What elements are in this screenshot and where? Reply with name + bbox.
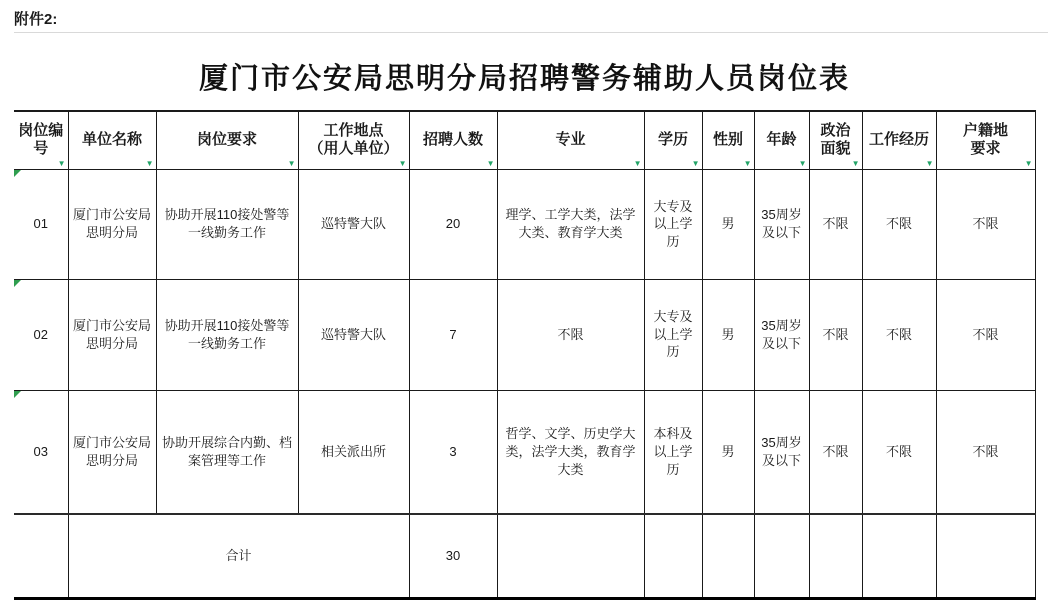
cell-gender: 男 bbox=[702, 169, 754, 279]
cell-residence-requirement: 不限 bbox=[936, 169, 1035, 279]
cell-age: 35周岁及以下 bbox=[754, 279, 809, 390]
header-label: 政治 面貌 bbox=[820, 122, 850, 160]
error-indicator-icon bbox=[14, 170, 21, 177]
cell-headcount: 3 bbox=[409, 390, 497, 514]
cell-headcount: 20 bbox=[409, 169, 497, 279]
table-row: 01 厦门市公安局思明分局 协助开展110接处警等一线勤务工作 巡特警大队 20… bbox=[14, 169, 1035, 279]
cell-work-location: 巡特警大队 bbox=[298, 169, 409, 279]
error-indicator-icon bbox=[14, 391, 21, 398]
cell-residence-requirement: 不限 bbox=[936, 279, 1035, 390]
filter-dropdown-icon[interactable]: ▼ bbox=[58, 160, 66, 168]
col-header-work-location: 工作地点 （用人单位）▼ bbox=[298, 111, 409, 169]
total-label-cell: 合计 bbox=[68, 514, 409, 598]
cell-work-location: 相关派出所 bbox=[298, 390, 409, 514]
cell-value: 02 bbox=[34, 327, 48, 342]
filter-dropdown-icon[interactable]: ▼ bbox=[799, 160, 807, 168]
cell-gender: 男 bbox=[702, 279, 754, 390]
page: 附件2: 厦门市公安局思明分局招聘警务辅助人员岗位表 岗位编 号▼ 单位名称▼ … bbox=[0, 0, 1048, 601]
total-row: 合计 30 bbox=[14, 514, 1035, 598]
cell-education: 大专及以上学历 bbox=[644, 169, 702, 279]
header-label: 招聘人数 bbox=[423, 131, 483, 150]
filter-dropdown-icon[interactable]: ▼ bbox=[852, 160, 860, 168]
cell-empty bbox=[702, 514, 754, 598]
cell-major: 哲学、文学、历史学大类，法学大类，教育学大类 bbox=[497, 390, 644, 514]
header-label: 年龄 bbox=[766, 131, 796, 150]
col-header-job-code: 岗位编 号▼ bbox=[14, 111, 68, 169]
header-label: 单位名称 bbox=[82, 131, 142, 150]
total-count-cell: 30 bbox=[409, 514, 497, 598]
col-header-unit-name: 单位名称▼ bbox=[68, 111, 156, 169]
cell-job-requirements: 协助开展110接处警等一线勤务工作 bbox=[156, 279, 298, 390]
filter-dropdown-icon[interactable]: ▼ bbox=[1025, 160, 1033, 168]
cell-empty bbox=[809, 514, 862, 598]
col-header-political-status: 政治 面貌▼ bbox=[809, 111, 862, 169]
filter-dropdown-icon[interactable]: ▼ bbox=[634, 160, 642, 168]
col-header-residence-requirement: 户籍地 要求▼ bbox=[936, 111, 1035, 169]
header-label: 工作经历 bbox=[869, 131, 929, 150]
filter-dropdown-icon[interactable]: ▼ bbox=[487, 160, 495, 168]
cell-empty bbox=[644, 514, 702, 598]
attachment-label: 附件2: bbox=[14, 8, 57, 29]
error-indicator-icon bbox=[14, 280, 21, 287]
cell-job-code: 03 bbox=[14, 390, 68, 514]
col-header-age: 年龄▼ bbox=[754, 111, 809, 169]
col-header-headcount: 招聘人数▼ bbox=[409, 111, 497, 169]
cell-political-status: 不限 bbox=[809, 169, 862, 279]
filter-dropdown-icon[interactable]: ▼ bbox=[399, 160, 407, 168]
filter-dropdown-icon[interactable]: ▼ bbox=[744, 160, 752, 168]
job-positions-table: 岗位编 号▼ 单位名称▼ 岗位要求▼ 工作地点 （用人单位）▼ 招聘人数▼ 专业… bbox=[14, 110, 1036, 600]
cell-political-status: 不限 bbox=[809, 279, 862, 390]
cell-empty bbox=[14, 514, 68, 598]
cell-value: 01 bbox=[34, 216, 48, 231]
cell-education: 本科及以上学历 bbox=[644, 390, 702, 514]
filter-dropdown-icon[interactable]: ▼ bbox=[692, 160, 700, 168]
cell-major: 理学、工学大类，法学大类、教育学大类 bbox=[497, 169, 644, 279]
header-row: 岗位编 号▼ 单位名称▼ 岗位要求▼ 工作地点 （用人单位）▼ 招聘人数▼ 专业… bbox=[14, 111, 1035, 169]
filter-dropdown-icon[interactable]: ▼ bbox=[146, 160, 154, 168]
header-label: 工作地点 （用人单位） bbox=[308, 122, 398, 160]
cell-empty bbox=[754, 514, 809, 598]
table-row: 02 厦门市公安局思明分局 协助开展110接处警等一线勤务工作 巡特警大队 7 … bbox=[14, 279, 1035, 390]
table-row: 03 厦门市公安局思明分局 协助开展综合内勤、档案管理等工作 相关派出所 3 哲… bbox=[14, 390, 1035, 514]
cell-value: 03 bbox=[34, 444, 48, 459]
cell-residence-requirement: 不限 bbox=[936, 390, 1035, 514]
col-header-work-experience: 工作经历▼ bbox=[862, 111, 936, 169]
cell-unit-name: 厦门市公安局思明分局 bbox=[68, 169, 156, 279]
cell-education: 大专及以上学历 bbox=[644, 279, 702, 390]
col-header-education: 学历▼ bbox=[644, 111, 702, 169]
cell-empty bbox=[497, 514, 644, 598]
cell-job-requirements: 协助开展110接处警等一线勤务工作 bbox=[156, 169, 298, 279]
cell-work-experience: 不限 bbox=[862, 169, 936, 279]
header-label: 学历 bbox=[658, 131, 688, 150]
cell-political-status: 不限 bbox=[809, 390, 862, 514]
cell-job-code: 01 bbox=[14, 169, 68, 279]
filter-dropdown-icon[interactable]: ▼ bbox=[288, 160, 296, 168]
header-label: 岗位编 号 bbox=[18, 122, 63, 160]
col-header-job-requirements: 岗位要求▼ bbox=[156, 111, 298, 169]
header-label: 户籍地 要求 bbox=[963, 122, 1008, 160]
filter-dropdown-icon[interactable]: ▼ bbox=[926, 160, 934, 168]
col-header-major: 专业▼ bbox=[497, 111, 644, 169]
cell-empty bbox=[862, 514, 936, 598]
cell-empty bbox=[936, 514, 1035, 598]
cell-age: 35周岁及以下 bbox=[754, 169, 809, 279]
col-header-gender: 性别▼ bbox=[702, 111, 754, 169]
page-title: 厦门市公安局思明分局招聘警务辅助人员岗位表 bbox=[14, 56, 1035, 97]
cell-unit-name: 厦门市公安局思明分局 bbox=[68, 279, 156, 390]
cell-headcount: 7 bbox=[409, 279, 497, 390]
header-label: 岗位要求 bbox=[197, 131, 257, 150]
divider-line bbox=[14, 32, 1048, 33]
cell-gender: 男 bbox=[702, 390, 754, 514]
cell-unit-name: 厦门市公安局思明分局 bbox=[68, 390, 156, 514]
cell-work-experience: 不限 bbox=[862, 279, 936, 390]
cell-job-code: 02 bbox=[14, 279, 68, 390]
header-label: 专业 bbox=[555, 131, 585, 150]
cell-job-requirements: 协助开展综合内勤、档案管理等工作 bbox=[156, 390, 298, 514]
cell-work-experience: 不限 bbox=[862, 390, 936, 514]
cell-work-location: 巡特警大队 bbox=[298, 279, 409, 390]
cell-age: 35周岁及以下 bbox=[754, 390, 809, 514]
cell-major: 不限 bbox=[497, 279, 644, 390]
header-label: 性别 bbox=[713, 131, 743, 150]
